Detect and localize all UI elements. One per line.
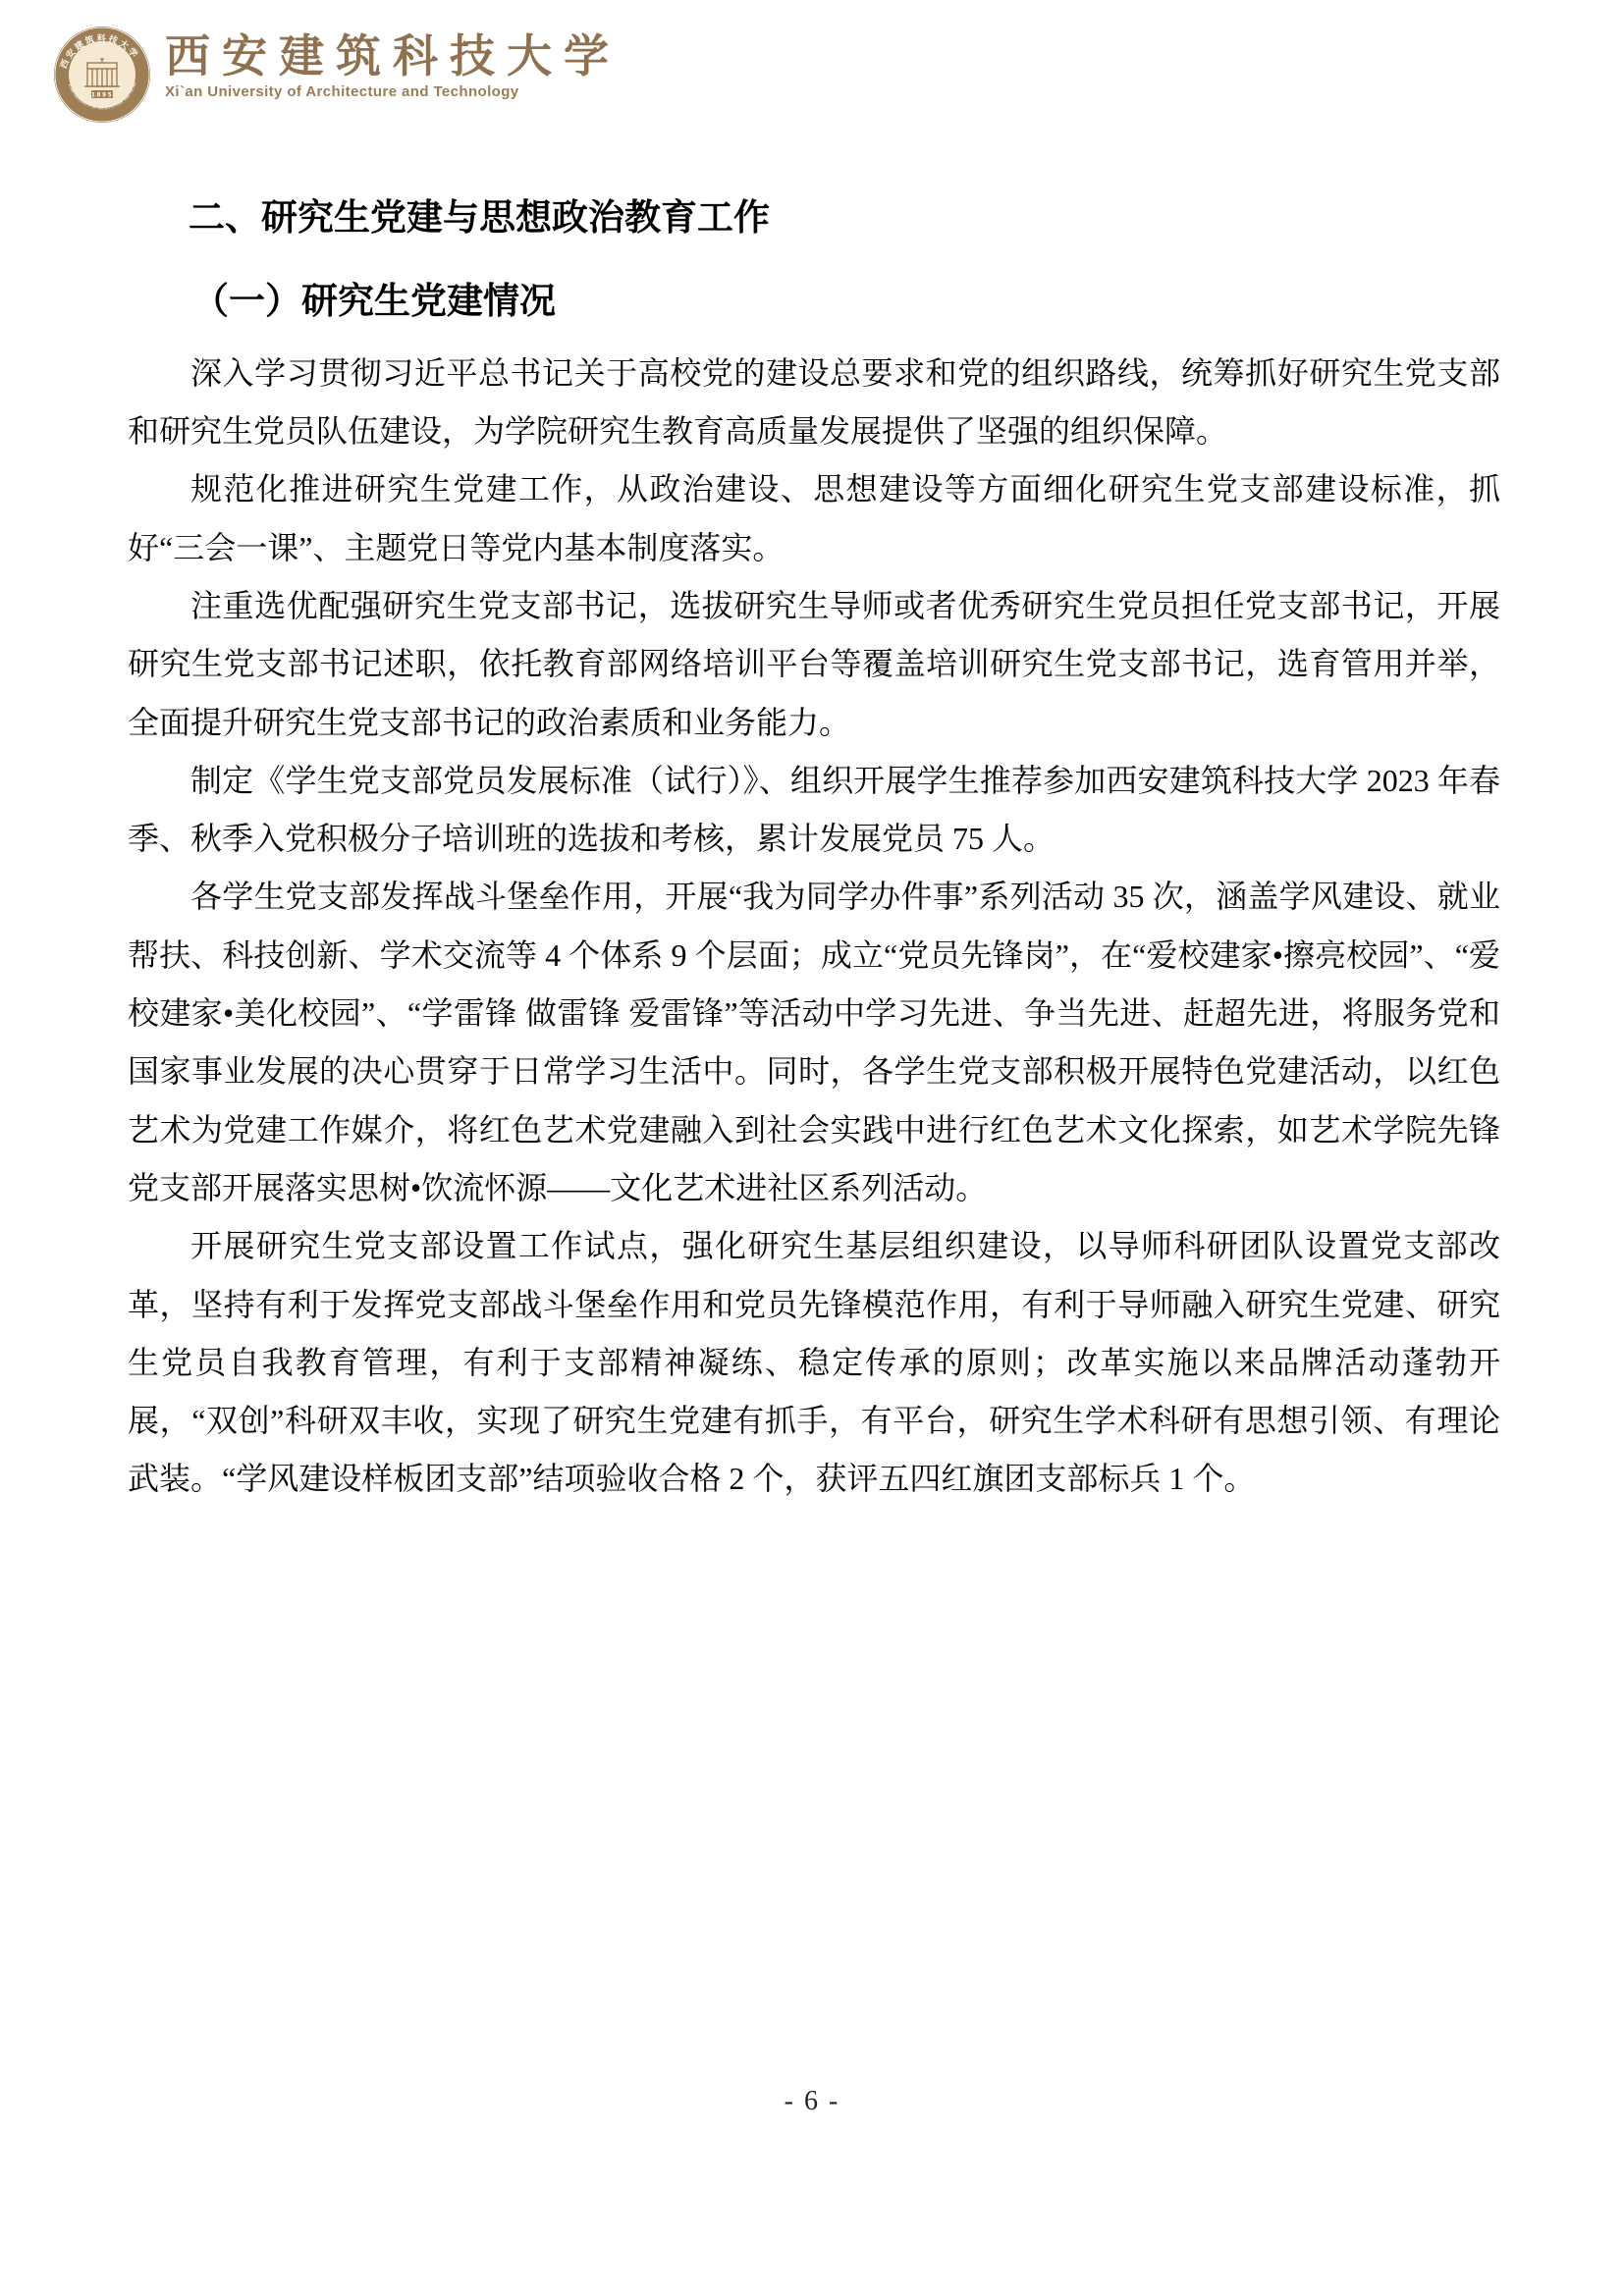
paragraph-6: 开展研究生党支部设置工作试点，强化研究生基层组织建设，以导师科研团队设置党支部改… (128, 1217, 1500, 1508)
paragraph-4: 制定《学生党支部党员发展标准（试行）》、组织开展学生推荐参加西安建筑科技大学 2… (128, 752, 1500, 869)
university-name-cn: 西安建筑科技大学 (165, 31, 621, 81)
subsection-heading: （一）研究生党建情况 (192, 279, 1500, 322)
document-page: 西安建筑科技大学 XI'AN UNIVERSITY OF ARCHITECTUR… (0, 0, 1624, 2296)
page-footer: - 6 - (0, 2086, 1624, 2117)
seal-year: 1895 (91, 91, 113, 98)
university-name-en: Xi`an University of Architecture and Tec… (165, 83, 621, 100)
university-seal-icon: 西安建筑科技大学 XI'AN UNIVERSITY OF ARCHITECTUR… (53, 26, 151, 124)
paragraph-1: 深入学习贯彻习近平总书记关于高校党的建设总要求和党的组织路线，统筹抓好研究生党支… (128, 345, 1500, 461)
page-header: 西安建筑科技大学 XI'AN UNIVERSITY OF ARCHITECTUR… (53, 26, 621, 124)
paragraph-5: 各学生党支部发挥战斗堡垒作用，开展“我为同学办件事”系列活动 35 次，涵盖学风… (128, 868, 1500, 1217)
document-body: 二、研究生党建与思想政治教育工作 （一）研究生党建情况 深入学习贯彻习近平总书记… (128, 196, 1500, 1509)
university-name-block: 西安建筑科技大学 Xi`an University of Architectur… (165, 26, 621, 100)
page-number: - 6 - (785, 2086, 840, 2116)
paragraph-2: 规范化推进研究生党建工作，从政治建设、思想建设等方面细化研究生党支部建设标准，抓… (128, 460, 1500, 577)
section-heading: 二、研究生党建与思想政治教育工作 (189, 196, 1500, 240)
paragraph-3: 注重选优配强研究生党支部书记，选拔研究生导师或者优秀研究生党员担任党支部书记，开… (128, 577, 1500, 752)
